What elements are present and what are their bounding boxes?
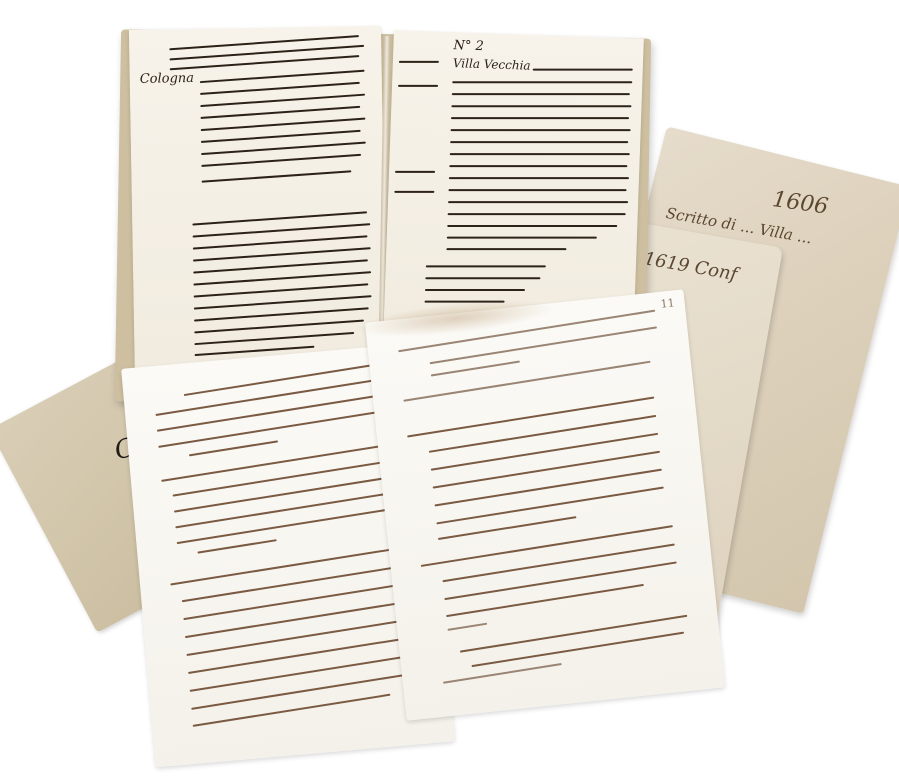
ledger-left-heading: Cologna <box>140 71 194 87</box>
wrapper-year-inscription: 1606 <box>771 187 830 220</box>
manuscripts-photo: 1606 Scritto di ... Villa ... G 1619 Con… <box>0 0 899 784</box>
ledger-right-first-line: Villa Vecchia <box>453 56 531 73</box>
ledger-right-heading: N° 2 <box>453 38 484 54</box>
wrapper-1619-inscription: 1619 Conf <box>642 248 739 285</box>
booklet-page-number: 11 <box>660 296 675 310</box>
booklet-right-page: 11 <box>365 289 725 720</box>
open-booklet: 11 <box>130 285 710 755</box>
